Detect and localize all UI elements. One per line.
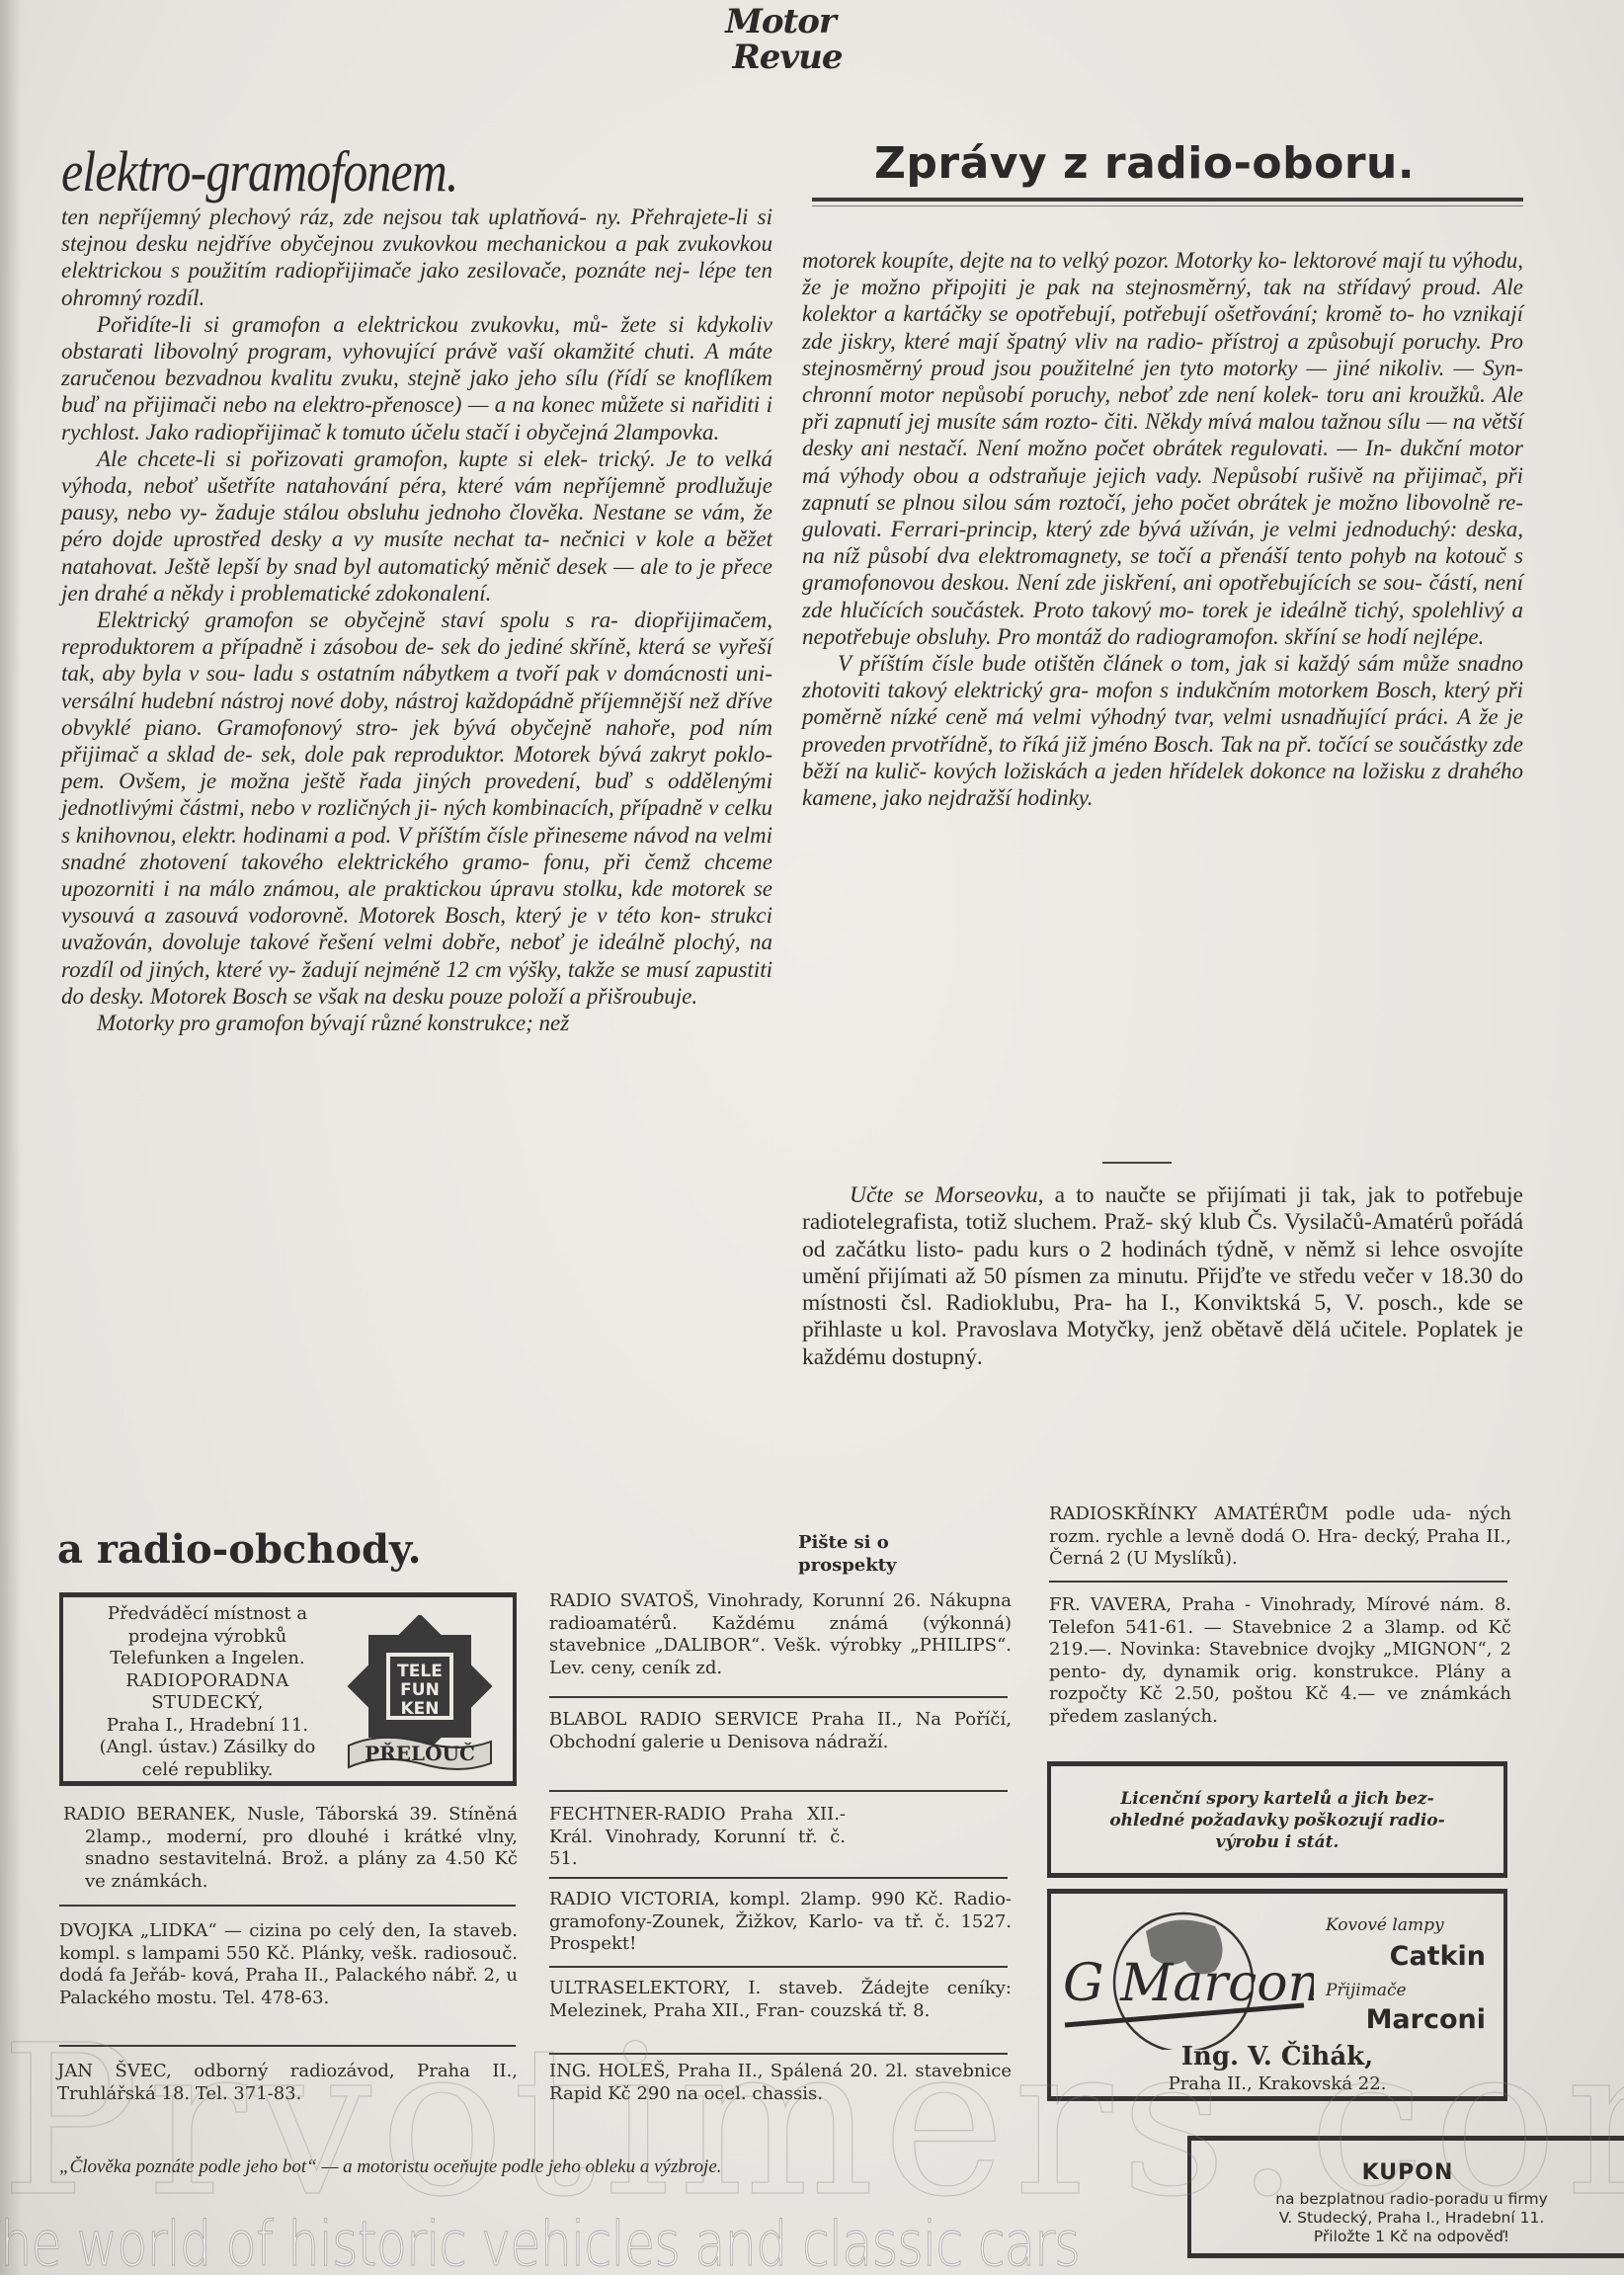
write-for-brochures: Pište si o prospekty [798, 1531, 897, 1577]
telefunken-star-logo-icon: TELE FUN KEN PŘELOUČ [341, 1615, 499, 1778]
ad-fechtner-radio: FECHTNER-RADIO Praha XII.-Král. Vinohrad… [549, 1804, 846, 1871]
masthead-logo: Motor Revue [711, 4, 850, 75]
paragraph: Ale chcete-li si pořizovati gramofon, ku… [61, 446, 772, 607]
heading-rule [812, 198, 1523, 202]
ad-line: Předváděcí místnost a [69, 1603, 346, 1626]
ad-name: FR. VAVERA, [1049, 1594, 1172, 1615]
ad-blabol-radio: BLABOL RADIO SERVICE Praha II., Na Poříč… [549, 1709, 1012, 1753]
ad-name: ULTRASELEKTORY, [549, 1978, 730, 1998]
ad-name: FECHTNER-RADIO [549, 1804, 725, 1825]
ad-rule [549, 1877, 1008, 1879]
article-column-left: ten nepříjemný plechový ráz, zde nejsou … [61, 203, 772, 1036]
ad-name: RADIO BERANEK, [63, 1804, 236, 1825]
marconi-catkin: Catkin [1390, 1941, 1486, 1972]
masthead-line2: Revue [725, 40, 850, 75]
piste-line1: Pište si o [798, 1531, 897, 1554]
paragraph: motorek koupíte, dejte na to velký pozor… [802, 247, 1523, 650]
telefunken-ad: Předváděcí místnost a prodejna výrobků T… [59, 1592, 517, 1786]
ad-line: Telefunken a Ingelen. [69, 1648, 346, 1670]
magazine-page: Motor Revue elektro-gramofonem. Zprávy z… [0, 0, 1624, 2275]
ad-line: prodejna výrobků [69, 1626, 346, 1649]
paragraph: Pořidíte-li si gramofon a elektrickou zv… [61, 311, 772, 446]
page-gutter-shadow [0, 0, 22, 2275]
news-heading-right: Zprávy z radio-oboru. [874, 138, 1415, 189]
ad-radio-beranek: RADIO BERANEK, Nusle, Táborská 39. Stíně… [63, 1804, 518, 1893]
ad-rule [549, 1696, 1008, 1698]
svg-text:KEN: KEN [400, 1699, 439, 1719]
morse-lead: Učte se Morseovku, [850, 1182, 1044, 1208]
masthead-line1: Motor [711, 4, 850, 40]
ad-fr-vavera: FR. VAVERA, Praha - Vinohrady, Mírové ná… [1049, 1594, 1511, 1728]
heading-rule-thin [812, 205, 1523, 206]
licence-notice-text: Licenční spory kartelů a jich bez- ohled… [1081, 1788, 1474, 1853]
ad-line: STUDECKÝ, [69, 1692, 346, 1715]
telefunken-ad-text: Předváděcí místnost a prodejna výrobků T… [69, 1603, 346, 1781]
paragraph: ten nepříjemný plechový ráz, zde nejsou … [61, 203, 772, 311]
svg-text:FUN: FUN [400, 1680, 440, 1700]
ad-line: Praha I., Hradební 11. [69, 1715, 346, 1738]
morse-text: a to naučte se přijímati ji tak, jak to … [802, 1182, 1523, 1370]
ad-radio-svatos: RADIO SVATOŠ, Vinohrady, Korunní 26. Nák… [549, 1590, 1012, 1679]
ad-name: RADIO SVATOŠ, [549, 1590, 699, 1611]
ad-rule [549, 1790, 1008, 1792]
article-column-right: motorek koupíte, dejte na to velký pozor… [802, 247, 1523, 811]
svg-text:PŘELOUČ: PŘELOUČ [365, 1741, 475, 1765]
paragraph: V příštím čísle bude otištěn článek o to… [802, 650, 1523, 811]
ad-line: celé republiky. [69, 1759, 346, 1782]
ad-line: (Angl. ústav.) Zásilky do [69, 1737, 346, 1759]
ad-name: DVOJKA „LIDKA“ [59, 1920, 217, 1941]
ads-section-title: a radio-obchody. [57, 1526, 422, 1573]
ad-radio-victoria: RADIO VICTORIA, kompl. 2lamp. 990 Kč. Ra… [549, 1889, 1012, 1956]
article-heading-left: elektro-gramofonem. [61, 138, 458, 204]
marconi-metal-lamps: Kovové lampy [1326, 1915, 1444, 1935]
ad-name: RADIO VICTORIA, [549, 1889, 720, 1909]
ad-radioskrinky: RADIOSKŘÍNKY AMATÉRŮM podle uda- ných ro… [1049, 1503, 1511, 1571]
ad-rule [1049, 1581, 1507, 1583]
piste-line2: prospekty [798, 1554, 897, 1577]
morse-notice: Učte se Morseovku, a to naučte se přijím… [802, 1182, 1523, 1371]
ad-line: RADIOPORADNA [69, 1670, 346, 1693]
marconi-receivers: Přijimače [1326, 1981, 1407, 2000]
svg-text:TELE: TELE [397, 1662, 443, 1681]
ad-rule [59, 1905, 516, 1907]
paragraph: Elektrický gramofon se obyčejně staví sp… [61, 607, 772, 1010]
watermark-tagline: The world of historic vehicles and class… [0, 2208, 1080, 2275]
licence-notice-box: Licenční spory kartelů a jich bez- ohled… [1047, 1761, 1507, 1878]
ad-rule [549, 1966, 1008, 1968]
paragraph: Motorky pro gramofon bývají různé konstr… [61, 1010, 772, 1036]
ad-name: BLABOL RADIO SERVICE [549, 1709, 798, 1730]
ad-dvojka-lidka: DVOJKA „LIDKA“ — cizina po celý den, Ia … [59, 1920, 518, 2009]
section-divider [1102, 1162, 1172, 1164]
ad-name: RADIOSKŘÍNKY AMATÉRŮM [1049, 1503, 1329, 1524]
watermark-site: Prvotimers.com [0, 2000, 1624, 2242]
